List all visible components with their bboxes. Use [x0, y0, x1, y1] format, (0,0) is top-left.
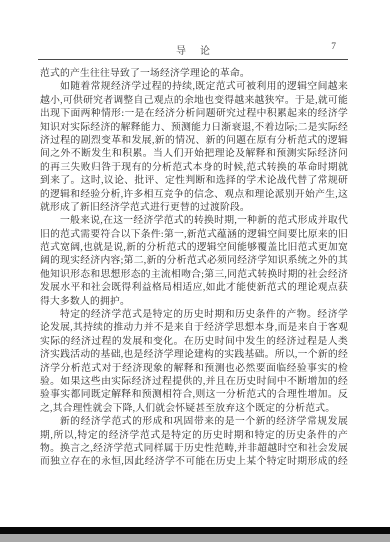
- chapter-title: 导 论: [40, 42, 348, 57]
- text-line: 他知识形态和思想形态的主流相吻合;第三,同范式转换时期的社会经济: [40, 268, 348, 281]
- text-line: 特定的经济学范式是特定的历史时期和历史条件的产物。经济学理: [40, 308, 348, 321]
- running-head: 导 论 7: [40, 42, 348, 56]
- text-line: 的逻辑和经验分析,许多相互竞争的信念、观点和理论派别开始产生,这: [40, 188, 348, 201]
- text-line: 到来了。这时,议论、批评、定性判断和选择的学术论战代替了常规研究: [40, 174, 348, 187]
- header-rule: [38, 59, 348, 60]
- text-line: 出现下面两种情形:一是在经济分析问题研究过程中积累起来的经济学: [40, 107, 348, 120]
- scan-edge-gray-bar: [0, 534, 390, 542]
- text-line: 一般来说,在这一经济学范式的转换时期,一种新的范式形成并取代: [40, 214, 348, 227]
- text-line: 如随着常规经济学过程的持续,既定范式可被利用的逻辑空间越来: [40, 80, 348, 93]
- scan-edge-black-bar: [0, 527, 390, 534]
- page-number: 7: [331, 42, 336, 52]
- text-line: 旧的范式需要符合以下条件:第一,新范式蕴涵的逻辑空间要比原来的旧: [40, 228, 348, 241]
- text-line: 济过程的剧烈变革和发展,新的情况、新的问题在原有分析范式的逻辑空: [40, 134, 348, 147]
- text-line: 新的经济学范式的形成和巩固带来的是一个新的经济学常规发展时: [40, 415, 348, 428]
- text-line: 期,所以,特定的经济学范式是特定的历史时期和特定的历史条件的产: [40, 429, 348, 442]
- text-line: 范式宽阔,也就是说,新的分析范式的逻辑空间能够覆盖比旧范式更加宽: [40, 241, 348, 254]
- text-line: 而独立存在的永恒,因此经济学不可能在历史上某个特定时期形成的经: [40, 455, 348, 468]
- text-line: 验事实都同既定解释和预测相符合,则这一分析范式的合理性增加。反: [40, 388, 348, 401]
- text-line: 济实践活动的基础,也是经济学理论建构的实践基础。所以,一个新的经: [40, 348, 348, 361]
- text-line: 之,其合理性就会下降,人们就会怀疑甚至放弃这个既定的分析范式。: [40, 402, 348, 415]
- text-line: 间之外不断发生和积累。当人们开始把理论及解释和预测实际经济问题: [40, 147, 348, 160]
- scanned-book-page: 导 论 7 范式的产生往往导致了一场经济学理论的革命。如随着常规经济学过程的持续…: [0, 0, 390, 546]
- text-line: 济学分析范式对于经济现象的解释和预测也必然要面临经验事实的检: [40, 362, 348, 375]
- text-line: 验。如果这些由实际经济过程提供的,并且在历史时间中不断增加的经: [40, 375, 348, 388]
- text-line: 范式的产生往往导致了一场经济学理论的革命。: [40, 67, 348, 80]
- text-line: 实际的经济过程的发展和变化。在历史时间中发生的经济过程是人类经: [40, 335, 348, 348]
- text-line: 发展水平和社会既得利益格局相适应,如此才能使新范式的理论观点获: [40, 281, 348, 294]
- text-line: 就形成了新旧经济学范式进行更替的过渡阶段。: [40, 201, 348, 214]
- text-line: 的再三失败归咎于现有的分析范式本身的时候,范式转换的革命时期就: [40, 161, 348, 174]
- text-line: 物。换言之,经济学范式同样属于历史性范畴,并非超越时空和社会发展: [40, 442, 348, 455]
- text-line: 论发展,其持续的推动力并不是来自于经济学思想本身,而是来自于客观: [40, 321, 348, 334]
- text-line: 越小,可供研究者调整自己观点的余地也变得越来越狭窄。于是,就可能: [40, 94, 348, 107]
- text-line: 得大多数人的拥护。: [40, 295, 348, 308]
- text-column: 范式的产生往往导致了一场经济学理论的革命。如随着常规经济学过程的持续,既定范式可…: [40, 67, 348, 469]
- text-line: 知识对实际经济的解释能力、预测能力日渐衰退,不着边际;二是实际经: [40, 121, 348, 134]
- text-line: 阔的现实经济内容;第二,新的分析范式必须同经济学知识系统之外的其: [40, 254, 348, 267]
